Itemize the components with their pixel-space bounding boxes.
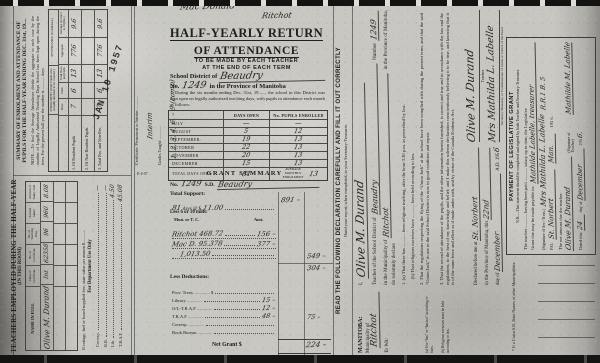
declaration-prov-line: in the Province of Manitoba, xyxy=(383,10,389,70)
month-days: 20 xyxy=(242,152,252,159)
teachers-title: TEACHERS EMPLOYED DURING THE HALF-YEAR xyxy=(11,177,18,355)
month-label: SEPTEMBER xyxy=(169,137,223,142)
declaration-number-value: 1249 xyxy=(370,9,380,41)
mun-col-label: Mun. or T. C. xyxy=(174,217,199,222)
teacher-days: 96 xyxy=(44,228,50,237)
declaration-item-1a: 1. (a) That there has ............ been … xyxy=(401,13,406,285)
cell xyxy=(54,203,65,224)
declaration-item-2: 2. That the regulations respecting the f… xyxy=(419,13,430,285)
declared-day-of-label: day of xyxy=(496,273,501,285)
summary-row-girls: 6 xyxy=(71,88,78,94)
dept-field-label: T.R.A.F. xyxy=(118,332,123,347)
dated-195: 195 xyxy=(578,139,583,145)
declared-place-value: St. Norbert xyxy=(470,146,480,241)
po-value-handwriting: St. Norbert xyxy=(548,169,557,241)
summary-enrolment-header: ENROLMENT (Only Pupils who actually atte… xyxy=(49,66,58,115)
return-panel: Mac Donald Ritchot HALF-YEARLY RETURN OF… xyxy=(134,6,333,355)
month-label: OCTOBER xyxy=(169,145,223,150)
dated-day-of: day of xyxy=(578,202,583,213)
teachers-subtitle: (IN THIS ROOM) xyxy=(18,177,23,355)
dept-field-label: Corresp. xyxy=(95,332,100,347)
grant-no-label: No. xyxy=(170,182,178,188)
summary-row-label: 1. Of Resident Pupils xyxy=(69,116,81,171)
support-amount: 891 – xyxy=(280,197,301,204)
grant-no-value: 1249 xyxy=(180,180,202,188)
teacher-cert: Int xyxy=(44,269,50,279)
col-days-open: DAYS OPEN xyxy=(223,111,269,119)
summary-attendance-header: ATTENDANCE (In full here.) xyxy=(49,10,58,66)
district-no-label: No. xyxy=(170,83,179,90)
declaration-teacher-line: Teacher of the School District of xyxy=(372,217,378,285)
deduction-label: Book Bureau ............. xyxy=(172,330,212,335)
to-wit-label: To Wit: xyxy=(384,338,390,353)
cell xyxy=(54,224,65,245)
secretary-signature-label: Secretary-Treasurer, or Commissioner of … xyxy=(500,10,504,142)
month-label: AUGUST xyxy=(169,129,223,134)
declaration-strip-title: READ THE FOLLOWING DECLARATION CAREFULLY… xyxy=(335,6,342,355)
payment-year-line: 195 6. xyxy=(549,116,554,127)
summary-row-average xyxy=(82,10,94,38)
declared-before-label: Declared before me at xyxy=(474,242,479,285)
declaration-mun-line: in the Municipality of xyxy=(383,240,389,285)
teachers-col-cert-class: Class of Certificate xyxy=(26,266,40,287)
sec-treas-signature-label: (Signature of Sec.-Treas.) xyxy=(541,209,546,250)
po-province-handwriting: Man. xyxy=(548,133,557,165)
teachers-col-name: NAME IN FULL xyxy=(26,287,40,350)
summary-row-label: 2. Of Non-Resident Pupils xyxy=(82,116,94,171)
summary-row-aggregate: 776 xyxy=(71,44,78,58)
deductions-outer-total: 75 – xyxy=(306,314,321,321)
teacher-empty-row xyxy=(54,287,65,350)
month-label: JULY xyxy=(169,121,223,126)
dated-label: Dated this xyxy=(578,232,583,250)
dept-field-value: 45.08 xyxy=(117,184,123,202)
cell xyxy=(66,266,77,287)
dept-field-value: 4.50 xyxy=(110,184,116,199)
balance-rule xyxy=(278,263,333,264)
month-days: 5 xyxy=(244,128,249,135)
form-title-2: OF ATTENDANCE xyxy=(164,41,329,59)
film-edge-top xyxy=(0,0,600,6)
form-number: E-4-57 xyxy=(137,172,148,176)
teachers-col-salary: Annual Salary xyxy=(26,203,40,224)
declared-month-value: December xyxy=(492,172,503,272)
declaration-strip-sub: Hand your report, when completed, to you… xyxy=(343,6,348,355)
summary-note: NOTE.—To find the Average Attendance div… xyxy=(30,16,46,165)
manitoba-label: MANITOBA: xyxy=(357,316,364,353)
month-days: 22 xyxy=(242,144,252,151)
month-pupils: 12 xyxy=(294,128,304,135)
teachers-col-days: No. of Teaching Days xyxy=(26,224,40,245)
summary-row-aggregate: 776 xyxy=(97,44,104,58)
mills-label: Less 6 or 10 mills: xyxy=(170,210,208,215)
declaration-item-3: 3. That the record of attendance of the … xyxy=(439,13,456,285)
amt-col-label: Amt. xyxy=(254,217,263,222)
i-label: I, xyxy=(359,282,364,285)
scanned-attendance-form: SUMMARY OF ENROLMENT AND ATTENDANCE OF P… xyxy=(0,0,600,363)
summary-row-aggregate xyxy=(82,38,94,65)
dept-field-label: Lib. xyxy=(110,340,115,347)
declaration-mun-value: Ritchot xyxy=(379,71,391,238)
payment-nb-note: N.B.—This statement should be completed … xyxy=(516,42,521,250)
margin-note-b: (b) Religious exercises must be held acc… xyxy=(441,291,450,353)
municipality-value-handwriting: Ritchot xyxy=(369,290,380,348)
cell xyxy=(54,245,65,266)
teacher-signature: Olive M. Durand xyxy=(464,48,477,143)
summary-panel: SUMMARY OF ENROLMENT AND ATTENDANCE OF P… xyxy=(14,7,132,174)
summary-row-total: 13 xyxy=(71,68,78,78)
mills-total: 549 – xyxy=(306,253,326,260)
summary-row-girls xyxy=(82,83,94,99)
declaration-panel: MANITOBA: Municipality of Ritchot To Wit… xyxy=(353,6,503,355)
amount-col-rule-b xyxy=(304,192,305,355)
intro-paragraph: 1. During the six months ending Dec. 31s… xyxy=(170,90,325,108)
cell xyxy=(54,266,65,287)
total-support-label: Total Support: xyxy=(170,191,205,197)
rule-left-divider xyxy=(13,175,131,176)
summary-col-boys: Boys xyxy=(59,99,68,115)
form-sub-1: TO BE MADE BY EACH TEACHER xyxy=(164,58,329,64)
dept-field-value: — xyxy=(95,184,101,191)
declaration-item-1b: (b) That religious exercises have ......… xyxy=(410,13,415,279)
month-pupils: 13 xyxy=(294,152,304,159)
payment-line-2: Grant due may be made payable to: xyxy=(530,186,535,250)
declared-year-value: 6 xyxy=(493,146,501,152)
deductions-label: Less Deductions: xyxy=(170,274,209,280)
secretary-signature: Mrs Mathilda L. Labelle xyxy=(486,25,498,143)
net-grant-value: 224 – xyxy=(305,341,327,349)
net-grant-label: Net Grant $ xyxy=(212,342,242,348)
declaration-declare-line: do solemnly declare xyxy=(391,243,397,285)
month-pupils: 13 xyxy=(294,144,304,151)
union-footnote: * If a Union S.D. State Names of other M… xyxy=(511,259,516,351)
dept-field-value: — xyxy=(102,184,108,191)
summary-col-total: Total Boys and Girls xyxy=(59,65,68,83)
grant-sd-value: Beaudry xyxy=(216,179,321,190)
month-days: — xyxy=(243,120,251,127)
payment-teacher-signature: Olive M. Durand xyxy=(563,155,573,252)
declaration-strip: READ THE FOLLOWING DECLARATION CAREFULLY… xyxy=(334,6,353,355)
month-label: DECEMBER xyxy=(169,161,223,166)
declaration-number-label: Number xyxy=(372,43,378,60)
dated-year: 6. xyxy=(577,131,584,139)
po-label: P.O. xyxy=(549,242,554,250)
grant-summary-title: GRANT SUMMARY xyxy=(164,170,325,177)
summary-col-girls: Girls xyxy=(59,83,68,99)
top-annotation-district: Ritchot xyxy=(261,12,292,21)
summary-label-col xyxy=(59,116,68,171)
mills-row-mun: 1,013.50 xyxy=(179,251,211,258)
dated-month: December xyxy=(577,147,586,201)
province-label: in the Province of Manitoba xyxy=(210,83,286,90)
dept-field-label: B.B. xyxy=(103,339,108,347)
teachers-table: NAME IN FULL Class of Certificate No. of… xyxy=(25,181,78,351)
amount-col-rule-a xyxy=(278,192,279,355)
summary-col-average: Average (Correct to 100ths.) xyxy=(59,10,68,38)
sec-treas-address: R.R.1 B. 5 xyxy=(539,76,546,111)
cell xyxy=(54,182,65,203)
summary-row-average: 9.6 xyxy=(71,18,78,30)
teachers-panel: TEACHERS EMPLOYED DURING THE HALF-YEAR (… xyxy=(8,177,131,355)
payment-second-signature: Mathilde M. Labelle xyxy=(565,41,574,115)
month-pupils: 13 xyxy=(294,136,304,143)
cottage-note: If cottage, fuel or board supplied free,… xyxy=(81,182,86,350)
summary-row-boys: 7 xyxy=(71,104,78,110)
summary-row-total xyxy=(82,65,94,83)
cell xyxy=(66,224,77,245)
teachers-col-cert-no: No. of Certificate xyxy=(26,245,40,266)
summary-row-average: 9.6 xyxy=(97,18,104,30)
teachers-col-paid: Amount of Salary Paid xyxy=(26,182,40,203)
declaration-teacher-signature: Olive M. Durand xyxy=(352,80,369,278)
cell xyxy=(66,203,77,224)
month-pupils: 13 xyxy=(294,160,304,167)
teacher-name-signature: Olive M. Durand xyxy=(43,285,52,350)
month-pupils: — xyxy=(295,120,303,127)
payment-box: PAYMENT OF LEGISLATIVE GRANT N.B.—This s… xyxy=(506,37,596,255)
summary-col-aggregate: Aggregate xyxy=(59,38,68,65)
margin-note-a: (a) Use “has” or “has not” according to … xyxy=(425,291,434,353)
declared-ad-label: A.D. 195 xyxy=(496,153,501,171)
teacher-cert-no: 62358 xyxy=(44,243,50,263)
mills-balance: 304 – xyxy=(306,265,326,272)
summary-title: SUMMARY OF ENROLMENT AND ATTENDANCE OF P… xyxy=(16,15,29,166)
declared-day-value: 22nd xyxy=(481,146,491,220)
payment-teacher-signature-label: (Signature of Teacher) xyxy=(567,119,575,153)
declared-province-line: in the Province of Manitoba, this xyxy=(485,221,490,285)
payment-panel: PAYMENT OF LEGISLATIVE GRANT N.B.—This s… xyxy=(505,6,598,355)
month-label: NOVEMBER xyxy=(169,153,223,158)
month-days: 15 xyxy=(242,160,252,167)
summary-corner-cell xyxy=(49,115,58,171)
col-pupils-enrolled: No. PUPILS ENROLLED xyxy=(269,111,327,119)
month-days: 19 xyxy=(242,136,252,143)
cell xyxy=(66,245,77,266)
dept-use-label: For Department Use Only xyxy=(88,177,93,355)
grant-sd-label: S.D. xyxy=(205,182,215,188)
sec-treas-signature: Mrs Mathilda L. Labelle xyxy=(538,113,547,206)
dated-day: 24 xyxy=(577,214,585,232)
payment-line-1: The teacher ............ having been pai… xyxy=(523,42,528,250)
teacher-paid: 8.08 xyxy=(44,184,50,199)
district-label: School District of xyxy=(170,73,217,80)
teacher-salary: 960 xyxy=(44,206,50,219)
signature-block-secretary: Mrs Mathilda L. Labelle Secretary-Treasu… xyxy=(481,10,504,142)
film-edge-bottom xyxy=(0,355,600,363)
form-title-1: HALF-YEARLY RETURN xyxy=(164,24,329,42)
cell xyxy=(66,182,77,203)
teacher-empty-row xyxy=(66,287,77,350)
summary-row-label: 3. Total Res. and Non-Res. xyxy=(95,116,107,171)
